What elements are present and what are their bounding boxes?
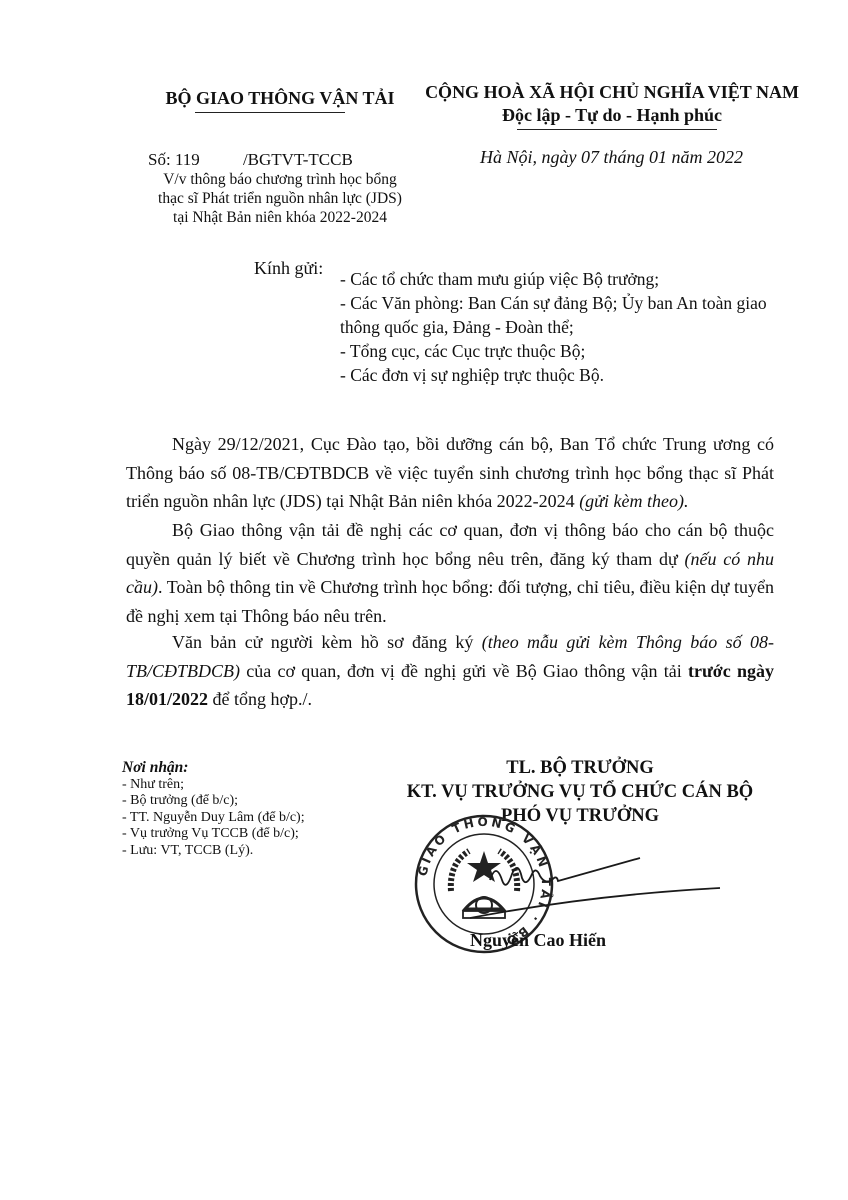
distribution-item: - Bộ trưởng (để b/c); <box>122 793 305 810</box>
recipient-item: - Tổng cục, các Cục trực thuộc Bộ; <box>340 339 780 363</box>
recipient-item: - Các tổ chức tham mưu giúp việc Bộ trưở… <box>340 267 780 291</box>
para-text: để tổng hợp./. <box>208 689 312 709</box>
recipient-item: thông quốc gia, Đảng - Đoàn thể; <box>340 315 780 339</box>
body-paragraph-2: Bộ Giao thông vận tải đề nghị các cơ qua… <box>126 516 774 630</box>
distribution-item: - Vụ trưởng Vụ TCCB (để b/c); <box>122 826 305 843</box>
para-text: Văn bản cử người kèm hồ sơ đăng ký <box>172 632 482 652</box>
recipient-item: - Các Văn phòng: Ban Cán sự đảng Bộ; Ủy … <box>340 291 780 315</box>
distribution-item: - Lưu: VT, TCCB (Lý). <box>122 843 305 860</box>
distribution-title: Nơi nhận: <box>122 760 305 777</box>
distribution-item: - TT. Nguyễn Duy Lâm (để b/c); <box>122 810 305 827</box>
body-paragraph-1: Ngày 29/12/2021, Cục Đào tạo, bồi dưỡng … <box>126 430 774 516</box>
signer-name: Nguyễn Cao Hiến <box>470 930 670 951</box>
distribution-item: - Như trên; <box>122 777 305 794</box>
recipients-label: Kính gửi: <box>254 258 323 279</box>
motto-underline <box>517 129 717 130</box>
signature-line-2: KT. VỤ TRƯỞNG VỤ TỔ CHỨC CÁN BỘ <box>360 780 800 804</box>
organization-underline <box>195 112 345 113</box>
distribution-list: Nơi nhận: - Như trên; - Bộ trưởng (để b/… <box>122 760 305 859</box>
organization-name: BỘ GIAO THÔNG VẬN TẢI <box>140 88 420 109</box>
place-and-date: Hà Nội, ngày 07 tháng 01 năm 2022 <box>480 147 743 168</box>
doc-number-value: 119 <box>175 150 243 170</box>
signature-line-1: TL. BỘ TRƯỞNG <box>360 756 800 780</box>
national-title: CỘNG HOÀ XÃ HỘI CHỦ NGHĨA VIỆT NAM <box>412 82 812 103</box>
para-text: . Toàn bộ thông tin về Chương trình học … <box>126 577 774 626</box>
subject-line: tại Nhật Bản niên khóa 2022-2024 <box>130 208 430 227</box>
document-subject: V/v thông báo chương trình học bổng thạc… <box>130 170 430 227</box>
subject-line: thạc sĩ Phát triển nguồn nhân lực (JDS) <box>130 189 430 208</box>
doc-code: /BGTVT-TCCB <box>243 150 353 169</box>
doc-number-prefix: Số: <box>148 150 171 169</box>
para-text: Bộ Giao thông vận tải đề nghị các cơ qua… <box>126 520 774 569</box>
para-italic: (gửi kèm theo). <box>579 491 688 511</box>
national-motto: Độc lập - Tự do - Hạnh phúc <box>412 105 812 126</box>
subject-line: V/v thông báo chương trình học bổng <box>130 170 430 189</box>
recipient-item: - Các đơn vị sự nghiệp trực thuộc Bộ. <box>340 363 780 387</box>
handwritten-signature-icon <box>470 850 790 930</box>
body-paragraph-3: Văn bản cử người kèm hồ sơ đăng ký (theo… <box>126 628 774 714</box>
para-text: của cơ quan, đơn vị đề nghị gửi về Bộ Gi… <box>240 661 688 681</box>
document-number: Số: 119/BGTVT-TCCB <box>148 150 353 170</box>
recipient-list: - Các tổ chức tham mưu giúp việc Bộ trưở… <box>340 267 780 387</box>
